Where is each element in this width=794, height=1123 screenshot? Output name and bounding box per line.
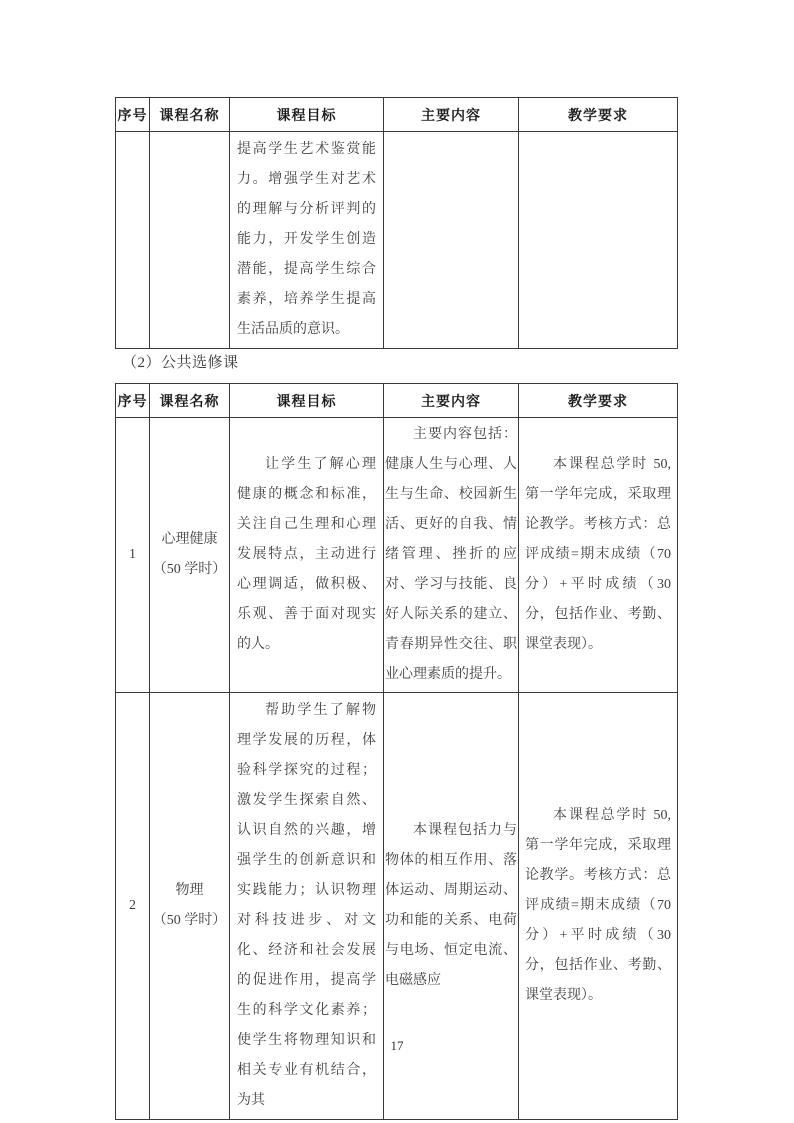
continued-course-table: 序号 课程名称 课程目标 主要内容 教学要求 提高学生艺术鉴赏能力。增强学生对艺… <box>115 97 678 349</box>
cell-course-objective: 提高学生艺术鉴赏能力。增强学生对艺术的理解与分析评判的能力，开发学生创造潜能，提… <box>230 132 384 349</box>
header-cell-no: 序号 <box>116 384 150 418</box>
header-cell-course-name: 课程名称 <box>150 98 230 132</box>
header-cell-main-content: 主要内容 <box>384 384 519 418</box>
course-name-line2: （50 学时） <box>150 906 229 936</box>
header-cell-no: 序号 <box>116 98 150 132</box>
cell-no: 2 <box>116 693 150 1120</box>
cell-course-objective: 帮助学生了解物理学发展的历程，体验科学探究的过程；激发学生探索自然、认识自然的兴… <box>230 693 384 1120</box>
cell-no: 1 <box>116 418 150 693</box>
cell-course-name <box>150 132 230 349</box>
table-row: 1 心理健康 （50 学时） 让学生了解心理健康的概念和标准，关注自己生理和心理… <box>116 418 678 693</box>
cell-course-name: 心理健康 （50 学时） <box>150 418 230 693</box>
cell-main-content <box>384 132 519 349</box>
cell-teaching-requirement <box>519 132 678 349</box>
header-cell-course-name: 课程名称 <box>150 384 230 418</box>
header-cell-course-objective: 课程目标 <box>230 384 384 418</box>
table-header-row: 序号 课程名称 课程目标 主要内容 教学要求 <box>116 384 678 418</box>
cell-teaching-requirement: 本课程总学时 50, 第一学年完成，采取理论教学。考核方式：总评成绩=期末成绩（… <box>519 693 678 1120</box>
cell-no <box>116 132 150 349</box>
header-cell-teaching-requirement: 教学要求 <box>519 98 678 132</box>
cell-course-objective: 让学生了解心理健康的概念和标准，关注自己生理和心理发展特点，主动进行心理调适，做… <box>230 418 384 693</box>
course-name-line1: 物理 <box>150 876 229 906</box>
cell-main-content: 主要内容包括：健康人生与心理、人生与生命、校园新生活、更好的自我、情绪管理、挫折… <box>384 418 519 693</box>
elective-course-table: 序号 课程名称 课程目标 主要内容 教学要求 1 心理健康 （50 学时） 让学… <box>115 383 678 1120</box>
header-cell-main-content: 主要内容 <box>384 98 519 132</box>
table-header-row: 序号 课程名称 课程目标 主要内容 教学要求 <box>116 98 678 132</box>
document-page: 序号 课程名称 课程目标 主要内容 教学要求 提高学生艺术鉴赏能力。增强学生对艺… <box>0 0 794 1123</box>
cell-main-content: 本课程包括力与物体的相互作用、落体运动、周期运动、功和能的关系、电荷与电场、恒定… <box>384 693 519 1120</box>
course-name-line2: （50 学时） <box>150 555 229 585</box>
header-cell-teaching-requirement: 教学要求 <box>519 384 678 418</box>
cell-course-name: 物理 （50 学时） <box>150 693 230 1120</box>
header-cell-course-objective: 课程目标 <box>230 98 384 132</box>
table-row: 2 物理 （50 学时） 帮助学生了解物理学发展的历程，体验科学探究的过程；激发… <box>116 693 678 1120</box>
page-number: 17 <box>0 1038 794 1054</box>
course-name-line1: 心理健康 <box>150 525 229 555</box>
section-heading: （2）公共选修课 <box>122 351 239 372</box>
cell-teaching-requirement: 本课程总学时 50, 第一学年完成，采取理论教学。考核方式：总评成绩=期末成绩（… <box>519 418 678 693</box>
table-row: 提高学生艺术鉴赏能力。增强学生对艺术的理解与分析评判的能力，开发学生创造潜能，提… <box>116 132 678 349</box>
